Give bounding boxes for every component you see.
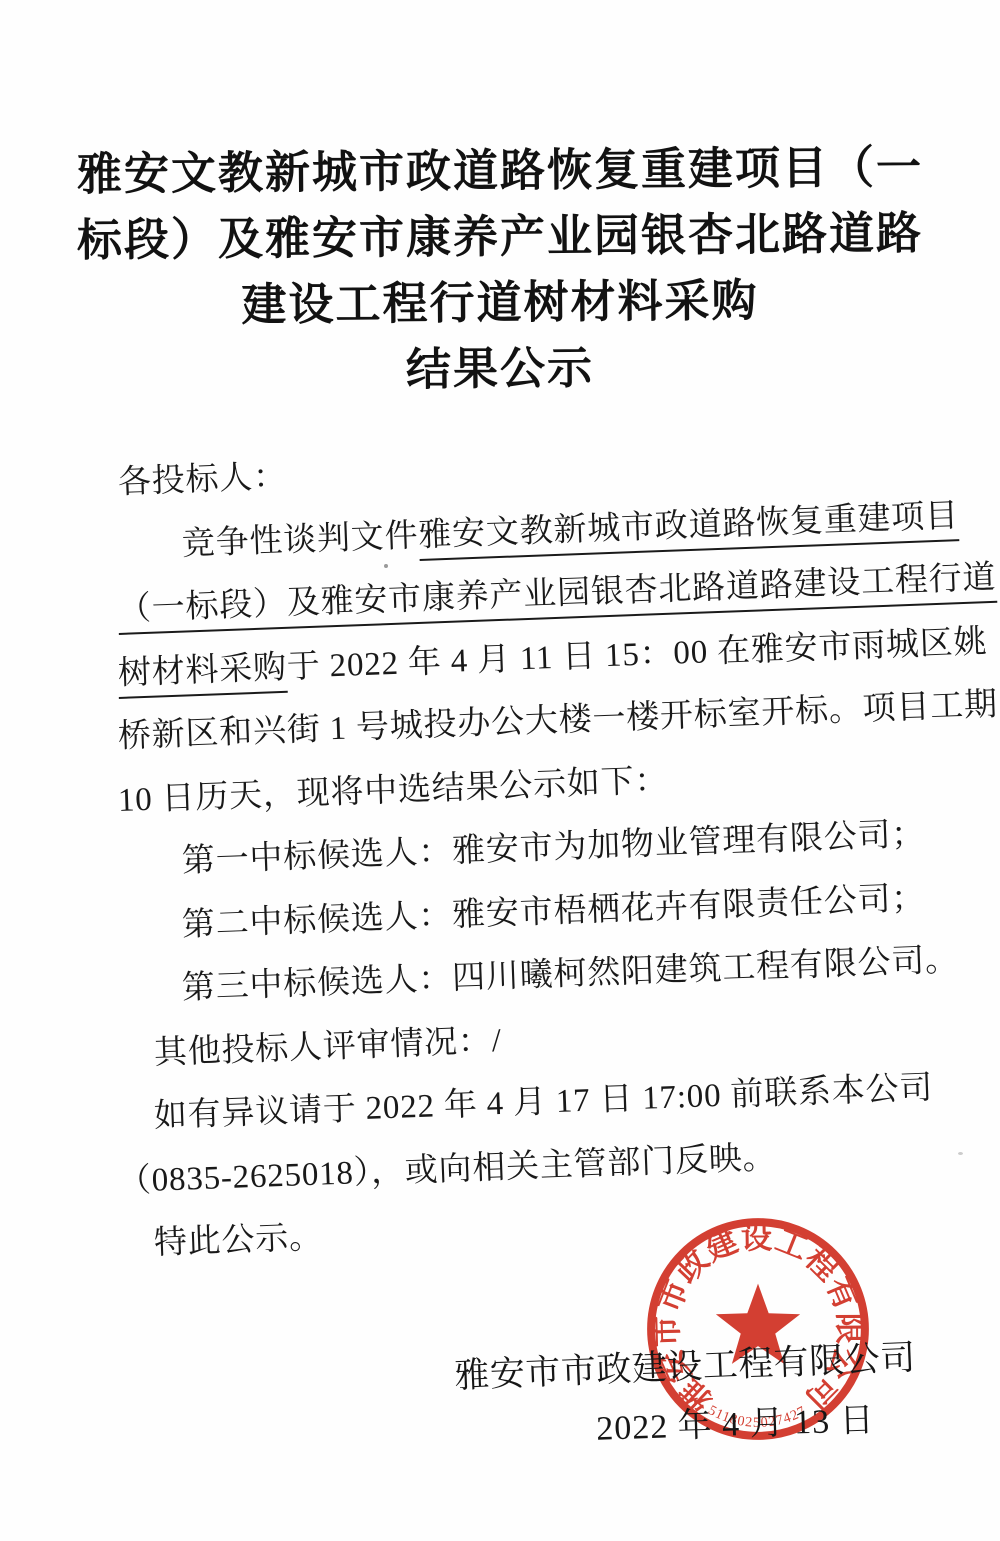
notice-document-page: 雅安文教新城市政道路恢复重建项目（一 标段）及雅安市康养产业园银杏北路道路 建设… — [0, 0, 1000, 1541]
title-line-1: 雅安文教新城市政道路恢复重建项目（一 — [40, 134, 961, 208]
signature-date: 2022 年 4 月 13 日 — [595, 1392, 875, 1450]
title-line-4: 结果公示 — [40, 332, 961, 406]
document-body: 各投标人： 竞争性谈判文件雅安文教新城市政道路恢复重建项目 （一标段）及雅安市康… — [118, 452, 918, 1278]
scan-speck — [384, 564, 388, 568]
paragraph-lead-text: 竞争性谈判文件 — [181, 517, 419, 562]
title-line-2: 标段）及雅安市康养产业园银杏北路道路 — [40, 200, 961, 274]
project-name-underlined-part-3: 树材料采购 — [117, 649, 287, 698]
scan-speck — [958, 1152, 963, 1155]
title-line-3: 建设工程行道树材料采购 — [40, 266, 961, 340]
document-title: 雅安文教新城市政道路恢复重建项目（一 标段）及雅安市康养产业园银杏北路道路 建设… — [40, 138, 960, 402]
opening-info-text: 于 2022 年 4 月 11 日 15：00 在雅安市雨城区姚 — [286, 624, 988, 686]
